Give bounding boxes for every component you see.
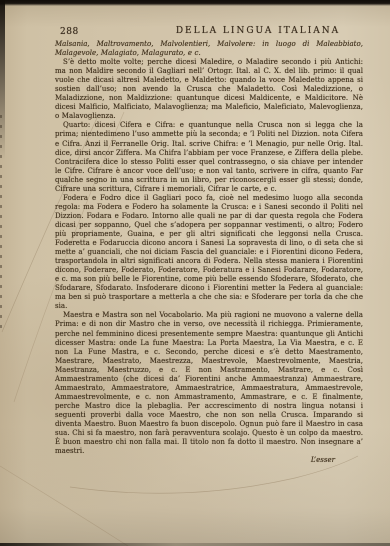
body-text: Malsania, Maltrovamento, Malvolentieri, … xyxy=(55,40,363,465)
paragraph: Malsania, Maltrovamento, Malvolentieri, … xyxy=(55,40,363,58)
page-title: DELLA LINGUA ITALIANA xyxy=(133,26,383,36)
paragraph: Fodera e Fodro dice il Gagliari poco fa,… xyxy=(55,194,363,312)
page-number: 288 xyxy=(60,27,79,37)
page-header: 288 DELLA LINGUA ITALIANA xyxy=(55,26,363,39)
paragraph: Quarto: dicesi Cifera e Cifra: e quantun… xyxy=(55,121,363,193)
binding-ink-marks xyxy=(0,115,2,330)
scan-top-edge xyxy=(0,0,390,6)
scanned-book-page: 288 DELLA LINGUA ITALIANA Malsania, Malt… xyxy=(0,0,390,546)
paragraph: S’è detto molte volte; perche dicesi Mal… xyxy=(55,58,363,121)
catchword: L’esser xyxy=(55,456,363,465)
paragraph: Maestra e Mastra son nel Vocabolario. Ma… xyxy=(55,311,363,456)
